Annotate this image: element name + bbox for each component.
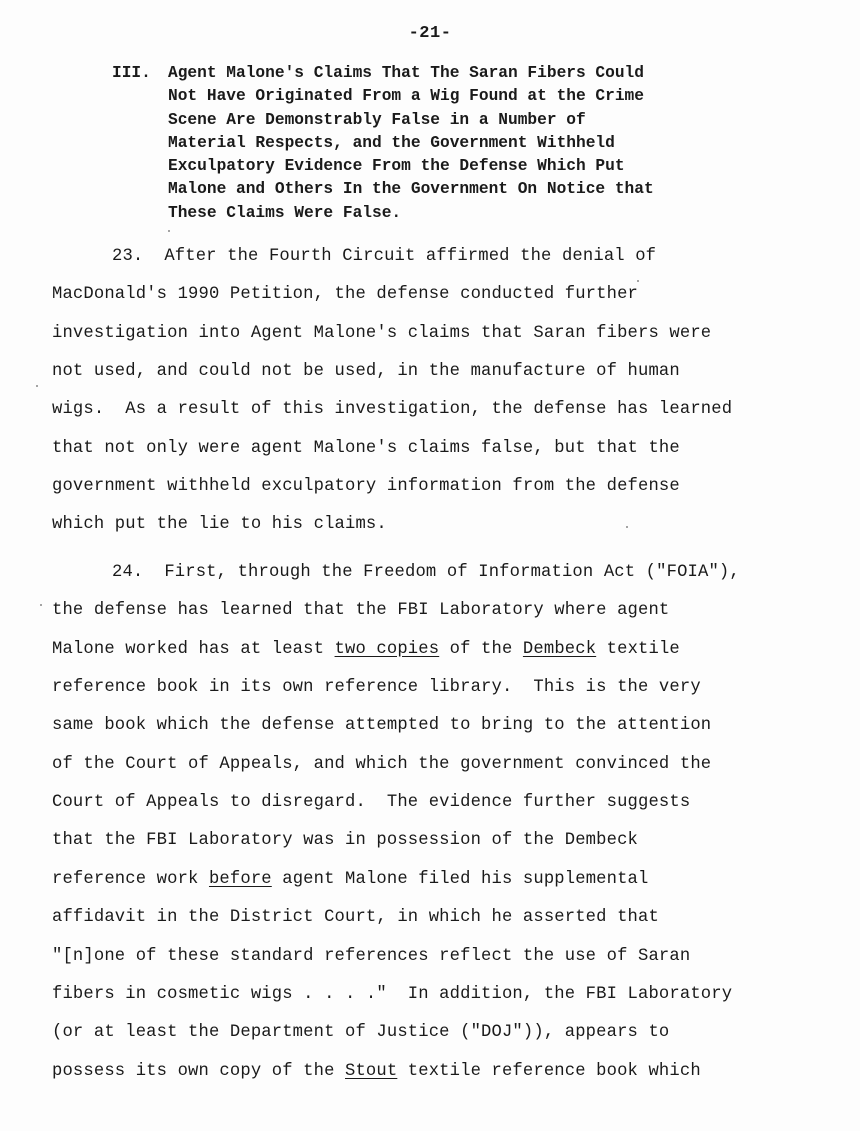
text-run: government withheld exculpatory informat…: [52, 477, 680, 496]
text-run: of the: [439, 640, 523, 659]
text-run: (or at least the Department of Justice (…: [52, 1023, 669, 1042]
paragraph-24-line: reference book in its own reference libr…: [52, 678, 701, 698]
text-run: possess its own copy of the: [52, 1062, 345, 1081]
paragraph-24-line: affidavit in the District Court, in whic…: [52, 908, 659, 928]
underlined-text: Dembeck: [523, 640, 596, 659]
heading-line: These Claims Were False.: [112, 202, 812, 225]
text-run: reference book in its own reference libr…: [52, 678, 701, 697]
paragraph-24-line: the defense has learned that the FBI Lab…: [52, 601, 669, 621]
paragraph-number: 23.: [112, 247, 164, 266]
heading-text: Material Respects, and the Government Wi…: [168, 134, 615, 152]
scan-speck: [168, 230, 170, 232]
heading-line: Scene Are Demonstrably False in a Number…: [112, 109, 812, 132]
paragraph-24-line: same book which the defense attempted to…: [52, 716, 711, 736]
heading-line: Material Respects, and the Government Wi…: [112, 132, 812, 155]
heading-line: Malone and Others In the Government On N…: [112, 178, 812, 201]
text-run: "[n]one of these standard references ref…: [52, 947, 690, 966]
text-run: which put the lie to his claims.: [52, 515, 387, 534]
text-run: textile: [596, 640, 680, 659]
section-numeral: III.: [112, 62, 168, 85]
heading-text: Agent Malone's Claims That The Saran Fib…: [168, 64, 644, 82]
heading-text: Exculpatory Evidence From the Defense Wh…: [168, 157, 625, 175]
section-heading: III.Agent Malone's Claims That The Saran…: [112, 62, 812, 225]
paragraph-23-line: that not only were agent Malone's claims…: [52, 439, 680, 459]
paragraph-23-line: 23. After the Fourth Circuit affirmed th…: [112, 247, 656, 267]
text-run: wigs. As a result of this investigation,…: [52, 400, 732, 419]
paragraph-23-line: which put the lie to his claims.: [52, 515, 387, 535]
paragraph-24-line: possess its own copy of the Stout textil…: [52, 1062, 701, 1082]
scan-speck: [637, 280, 639, 282]
paragraph-23-line: wigs. As a result of this investigation,…: [52, 400, 732, 420]
text-run: of the Court of Appeals, and which the g…: [52, 755, 711, 774]
text-run: After the Fourth Circuit affirmed the de…: [164, 247, 656, 266]
underlined-text: Stout: [345, 1062, 397, 1081]
paragraph-23-line: not used, and could not be used, in the …: [52, 362, 680, 382]
heading-text: Malone and Others In the Government On N…: [168, 180, 654, 198]
text-run: the defense has learned that the FBI Lab…: [52, 601, 669, 620]
heading-text: Scene Are Demonstrably False in a Number…: [168, 111, 586, 129]
scan-speck: [36, 385, 38, 387]
underlined-text: two copies: [335, 640, 440, 659]
paragraph-24-line: fibers in cosmetic wigs . . . ." In addi…: [52, 985, 732, 1005]
paragraph-23-line: MacDonald's 1990 Petition, the defense c…: [52, 285, 638, 305]
page-number: -21-: [0, 24, 860, 43]
scan-speck: [626, 526, 628, 528]
text-run: affidavit in the District Court, in whic…: [52, 908, 659, 927]
text-run: same book which the defense attempted to…: [52, 716, 711, 735]
heading-line: Not Have Originated From a Wig Found at …: [112, 85, 812, 108]
text-run: fibers in cosmetic wigs . . . ." In addi…: [52, 985, 732, 1004]
text-run: investigation into Agent Malone's claims…: [52, 324, 711, 343]
paragraph-24-line: Malone worked has at least two copies of…: [52, 640, 680, 660]
text-run: MacDonald's 1990 Petition, the defense c…: [52, 285, 638, 304]
underlined-text: before: [209, 870, 272, 889]
text-run: reference work: [52, 870, 209, 889]
text-run: agent Malone filed his supplemental: [272, 870, 649, 889]
paragraph-24-line: 24. First, through the Freedom of Inform…: [112, 563, 740, 583]
paragraph-24-line: Court of Appeals to disregard. The evide…: [52, 793, 690, 813]
text-run: that not only were agent Malone's claims…: [52, 439, 680, 458]
heading-line: III.Agent Malone's Claims That The Saran…: [112, 62, 812, 85]
text-run: Malone worked has at least: [52, 640, 335, 659]
paragraph-24-line: (or at least the Department of Justice (…: [52, 1023, 669, 1043]
paragraph-24-line: reference work before agent Malone filed…: [52, 870, 648, 890]
text-run: textile reference book which: [397, 1062, 700, 1081]
heading-text: These Claims Were False.: [168, 204, 401, 222]
scan-speck: [40, 604, 42, 606]
paragraph-24-line: that the FBI Laboratory was in possessio…: [52, 831, 638, 851]
text-run: First, through the Freedom of Informatio…: [164, 563, 740, 582]
text-run: Court of Appeals to disregard. The evide…: [52, 793, 690, 812]
paragraph-24-line: of the Court of Appeals, and which the g…: [52, 755, 711, 775]
paragraph-23-line: investigation into Agent Malone's claims…: [52, 324, 711, 344]
heading-text: Not Have Originated From a Wig Found at …: [168, 87, 644, 105]
heading-line: Exculpatory Evidence From the Defense Wh…: [112, 155, 812, 178]
paragraph-23-line: government withheld exculpatory informat…: [52, 477, 680, 497]
text-run: not used, and could not be used, in the …: [52, 362, 680, 381]
text-run: that the FBI Laboratory was in possessio…: [52, 831, 638, 850]
paragraph-24-line: "[n]one of these standard references ref…: [52, 947, 690, 967]
document-page: -21- III.Agent Malone's Claims That The …: [0, 0, 860, 1131]
paragraph-number: 24.: [112, 563, 164, 582]
